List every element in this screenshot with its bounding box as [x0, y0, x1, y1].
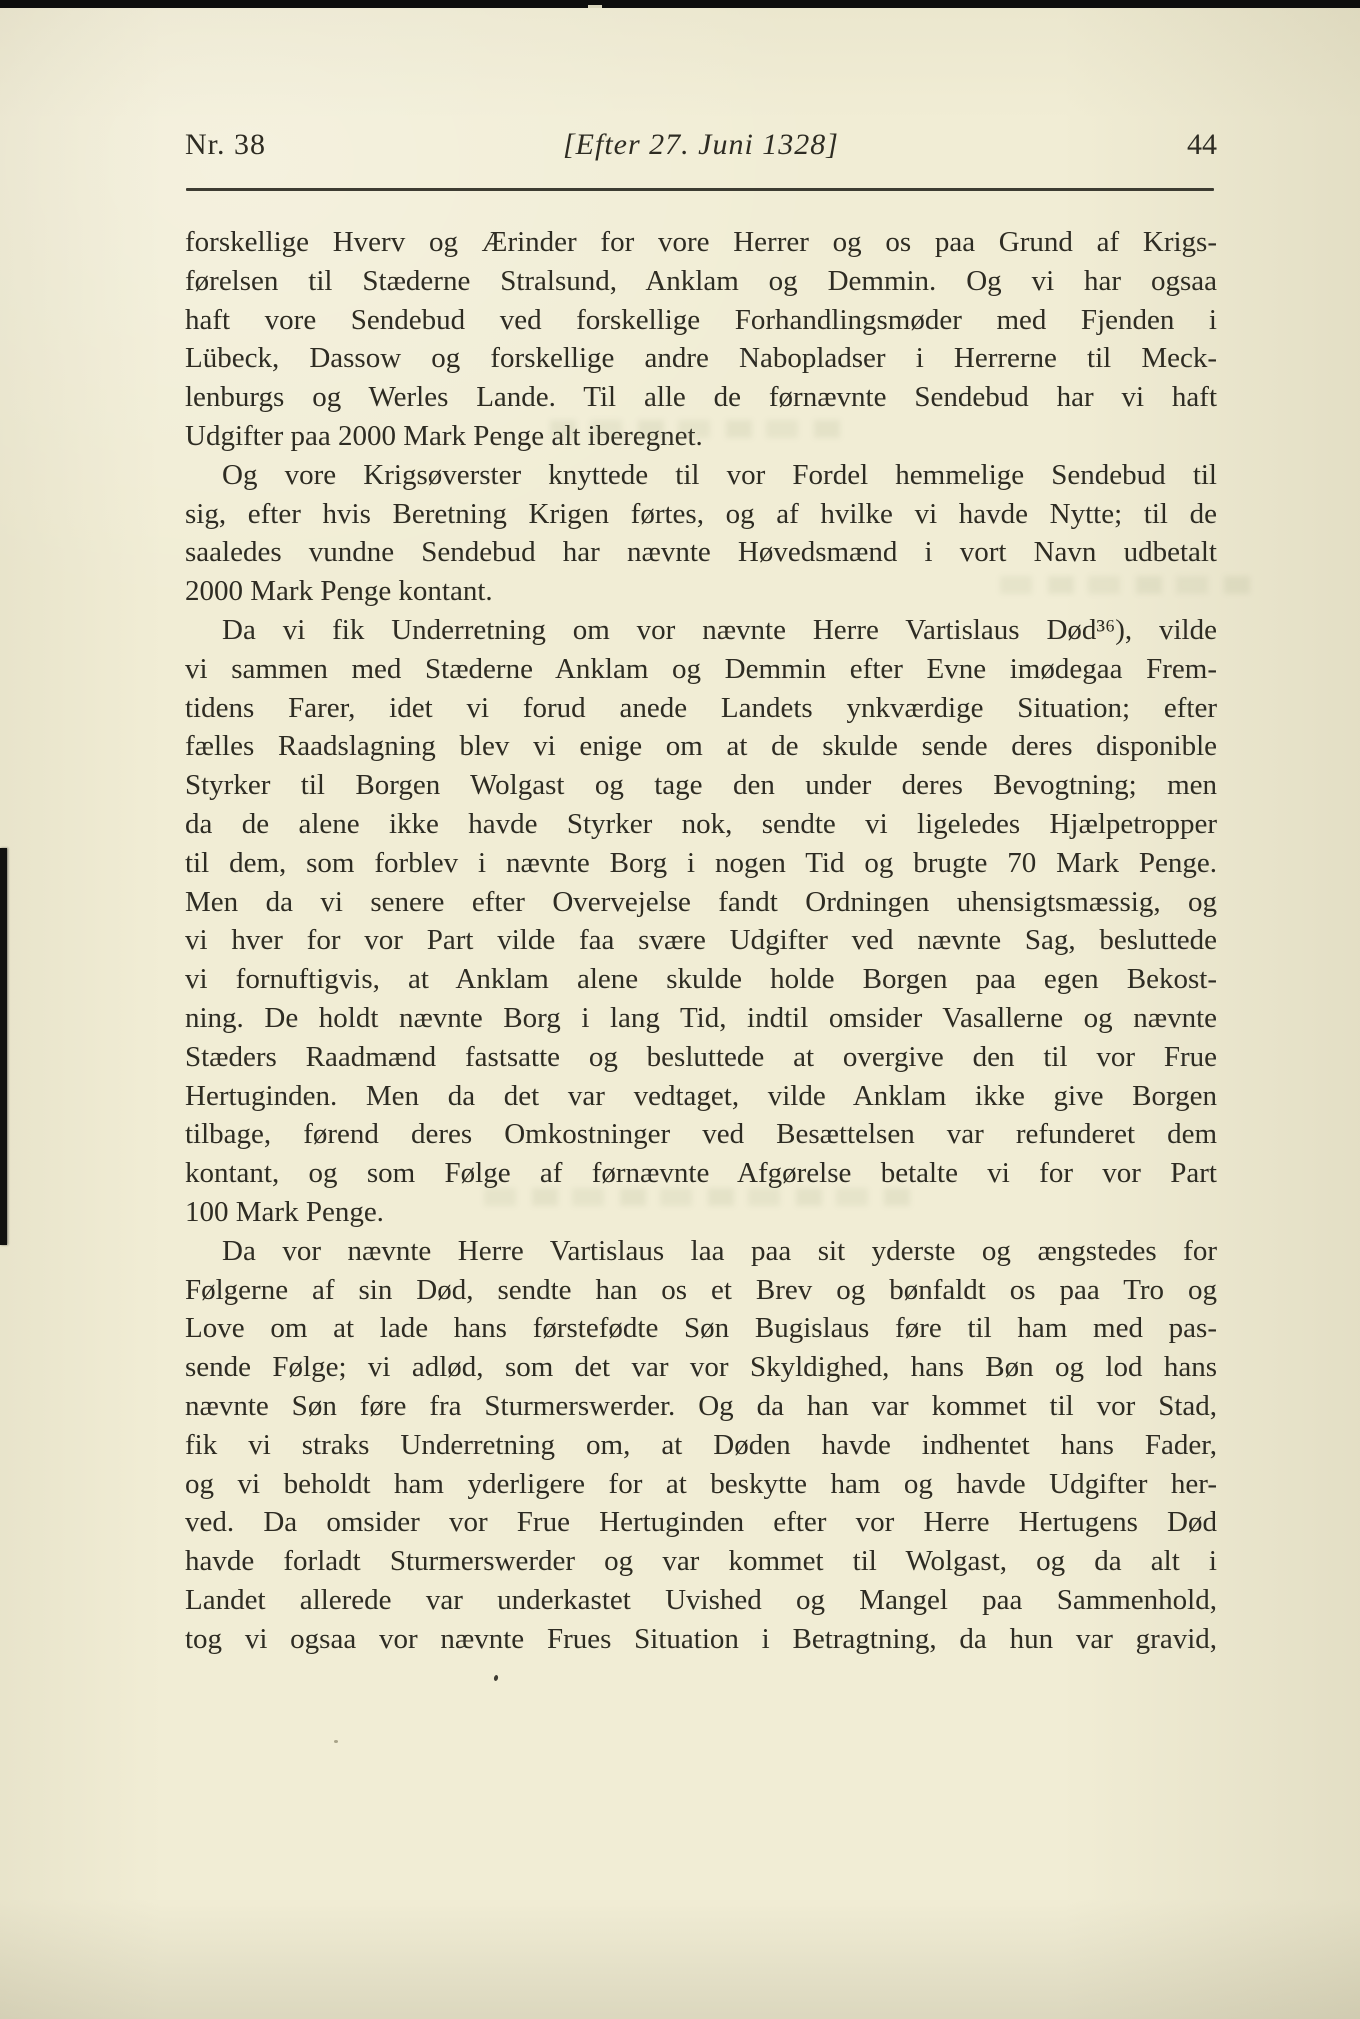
- text-block: forskellige Hverv og Ærinder for vore He…: [185, 223, 1217, 1658]
- text-line: Styrker til Borgen Wolgast og tage den u…: [185, 766, 1217, 805]
- text-line: Da vi fik Underretning om vor nævnte Her…: [185, 611, 1217, 650]
- text-line: Lübeck, Dassow og forskellige andre Nabo…: [185, 339, 1217, 378]
- paragraph: Da vor nævnte Herre Vartislaus laa paa s…: [185, 1232, 1217, 1659]
- text-line: havde forladt Sturmerswerder og var komm…: [185, 1542, 1217, 1581]
- text-line: saaledes vundne Sendebud har nævnte Høve…: [185, 533, 1217, 572]
- paragraph: Da vi fik Underretning om vor nævnte Her…: [185, 611, 1217, 1232]
- text-line: fælles Raadslagning blev vi enige om at …: [185, 727, 1217, 766]
- text-line: lenburgs og Werles Lande. Til alle de fø…: [185, 378, 1217, 417]
- page-header: Nr. 38 [Efter 27. Juni 1328] 44: [185, 128, 1217, 174]
- text-line: da de alene ikke havde Styrker nok, send…: [185, 805, 1217, 844]
- text-line: sende Følge; vi adlød, som det var vor S…: [185, 1348, 1217, 1387]
- scanned-book-page: Nr. 38 [Efter 27. Juni 1328] 44 forskell…: [0, 0, 1360, 2019]
- scanner-bar-nick: [588, 5, 602, 8]
- document-number: Nr. 38: [185, 128, 431, 162]
- text-line: Love om at lade hans førstefødte Søn Bug…: [185, 1309, 1217, 1348]
- text-line: Hertuginden. Men da det var vedtaget, vi…: [185, 1077, 1217, 1116]
- text-line: ning. De holdt nævnte Borg i lang Tid, i…: [185, 999, 1217, 1038]
- header-rule: [186, 188, 1214, 191]
- text-line: og vi beholdt ham yderligere for at besk…: [185, 1465, 1217, 1504]
- text-line: Stæders Raadmænd fastsatte og besluttede…: [185, 1038, 1217, 1077]
- text-line: vi sammen med Stæderne Anklam og Demmin …: [185, 650, 1217, 689]
- text-line: forskellige Hverv og Ærinder for vore He…: [185, 223, 1217, 262]
- page-number: 44: [971, 128, 1217, 162]
- scanner-edge-top-bar: [0, 0, 1360, 8]
- text-line: sig, efter hvis Beretning Krigen førtes,…: [185, 495, 1217, 534]
- ink-bleed-through: [540, 420, 840, 438]
- text-line: Men da vi senere efter Overvejelse fandt…: [185, 883, 1217, 922]
- text-line: ved. Da omsider vor Frue Hertuginden eft…: [185, 1503, 1217, 1542]
- text-line: tidens Farer, idet vi forud anede Landet…: [185, 689, 1217, 728]
- ink-speck: [493, 1675, 498, 1682]
- text-line: førelsen til Stæderne Stralsund, Anklam …: [185, 262, 1217, 301]
- text-line: tilbage, førend deres Omkostninger ved B…: [185, 1115, 1217, 1154]
- ink-speck: [334, 1740, 338, 1743]
- ink-bleed-through: [990, 576, 1250, 594]
- text-line: vi fornuftigvis, at Anklam alene skulde …: [185, 960, 1217, 999]
- text-line: fik vi straks Underretning om, at Døden …: [185, 1426, 1217, 1465]
- text-line: vi hver for vor Part vilde faa svære Udg…: [185, 921, 1217, 960]
- scanner-edge-left-strip: [0, 848, 7, 1245]
- text-line: Følgerne af sin Død, sendte han os et Br…: [185, 1271, 1217, 1310]
- text-line: haft vore Sendebud ved forskellige Forha…: [185, 301, 1217, 340]
- text-line: Og vore Krigsøverster knyttede til vor F…: [185, 456, 1217, 495]
- text-line: til dem, som forblev i nævnte Borg i nog…: [185, 844, 1217, 883]
- ink-bleed-through: [480, 1188, 910, 1206]
- text-line: Landet allerede var underkastet Uvished …: [185, 1581, 1217, 1620]
- date-heading: [Efter 27. Juni 1328]: [431, 128, 972, 162]
- text-line: nævnte Søn føre fra Sturmerswerder. Og d…: [185, 1387, 1217, 1426]
- text-line: tog vi ogsaa vor nævnte Frues Situation …: [185, 1620, 1217, 1659]
- text-line: Da vor nævnte Herre Vartislaus laa paa s…: [185, 1232, 1217, 1271]
